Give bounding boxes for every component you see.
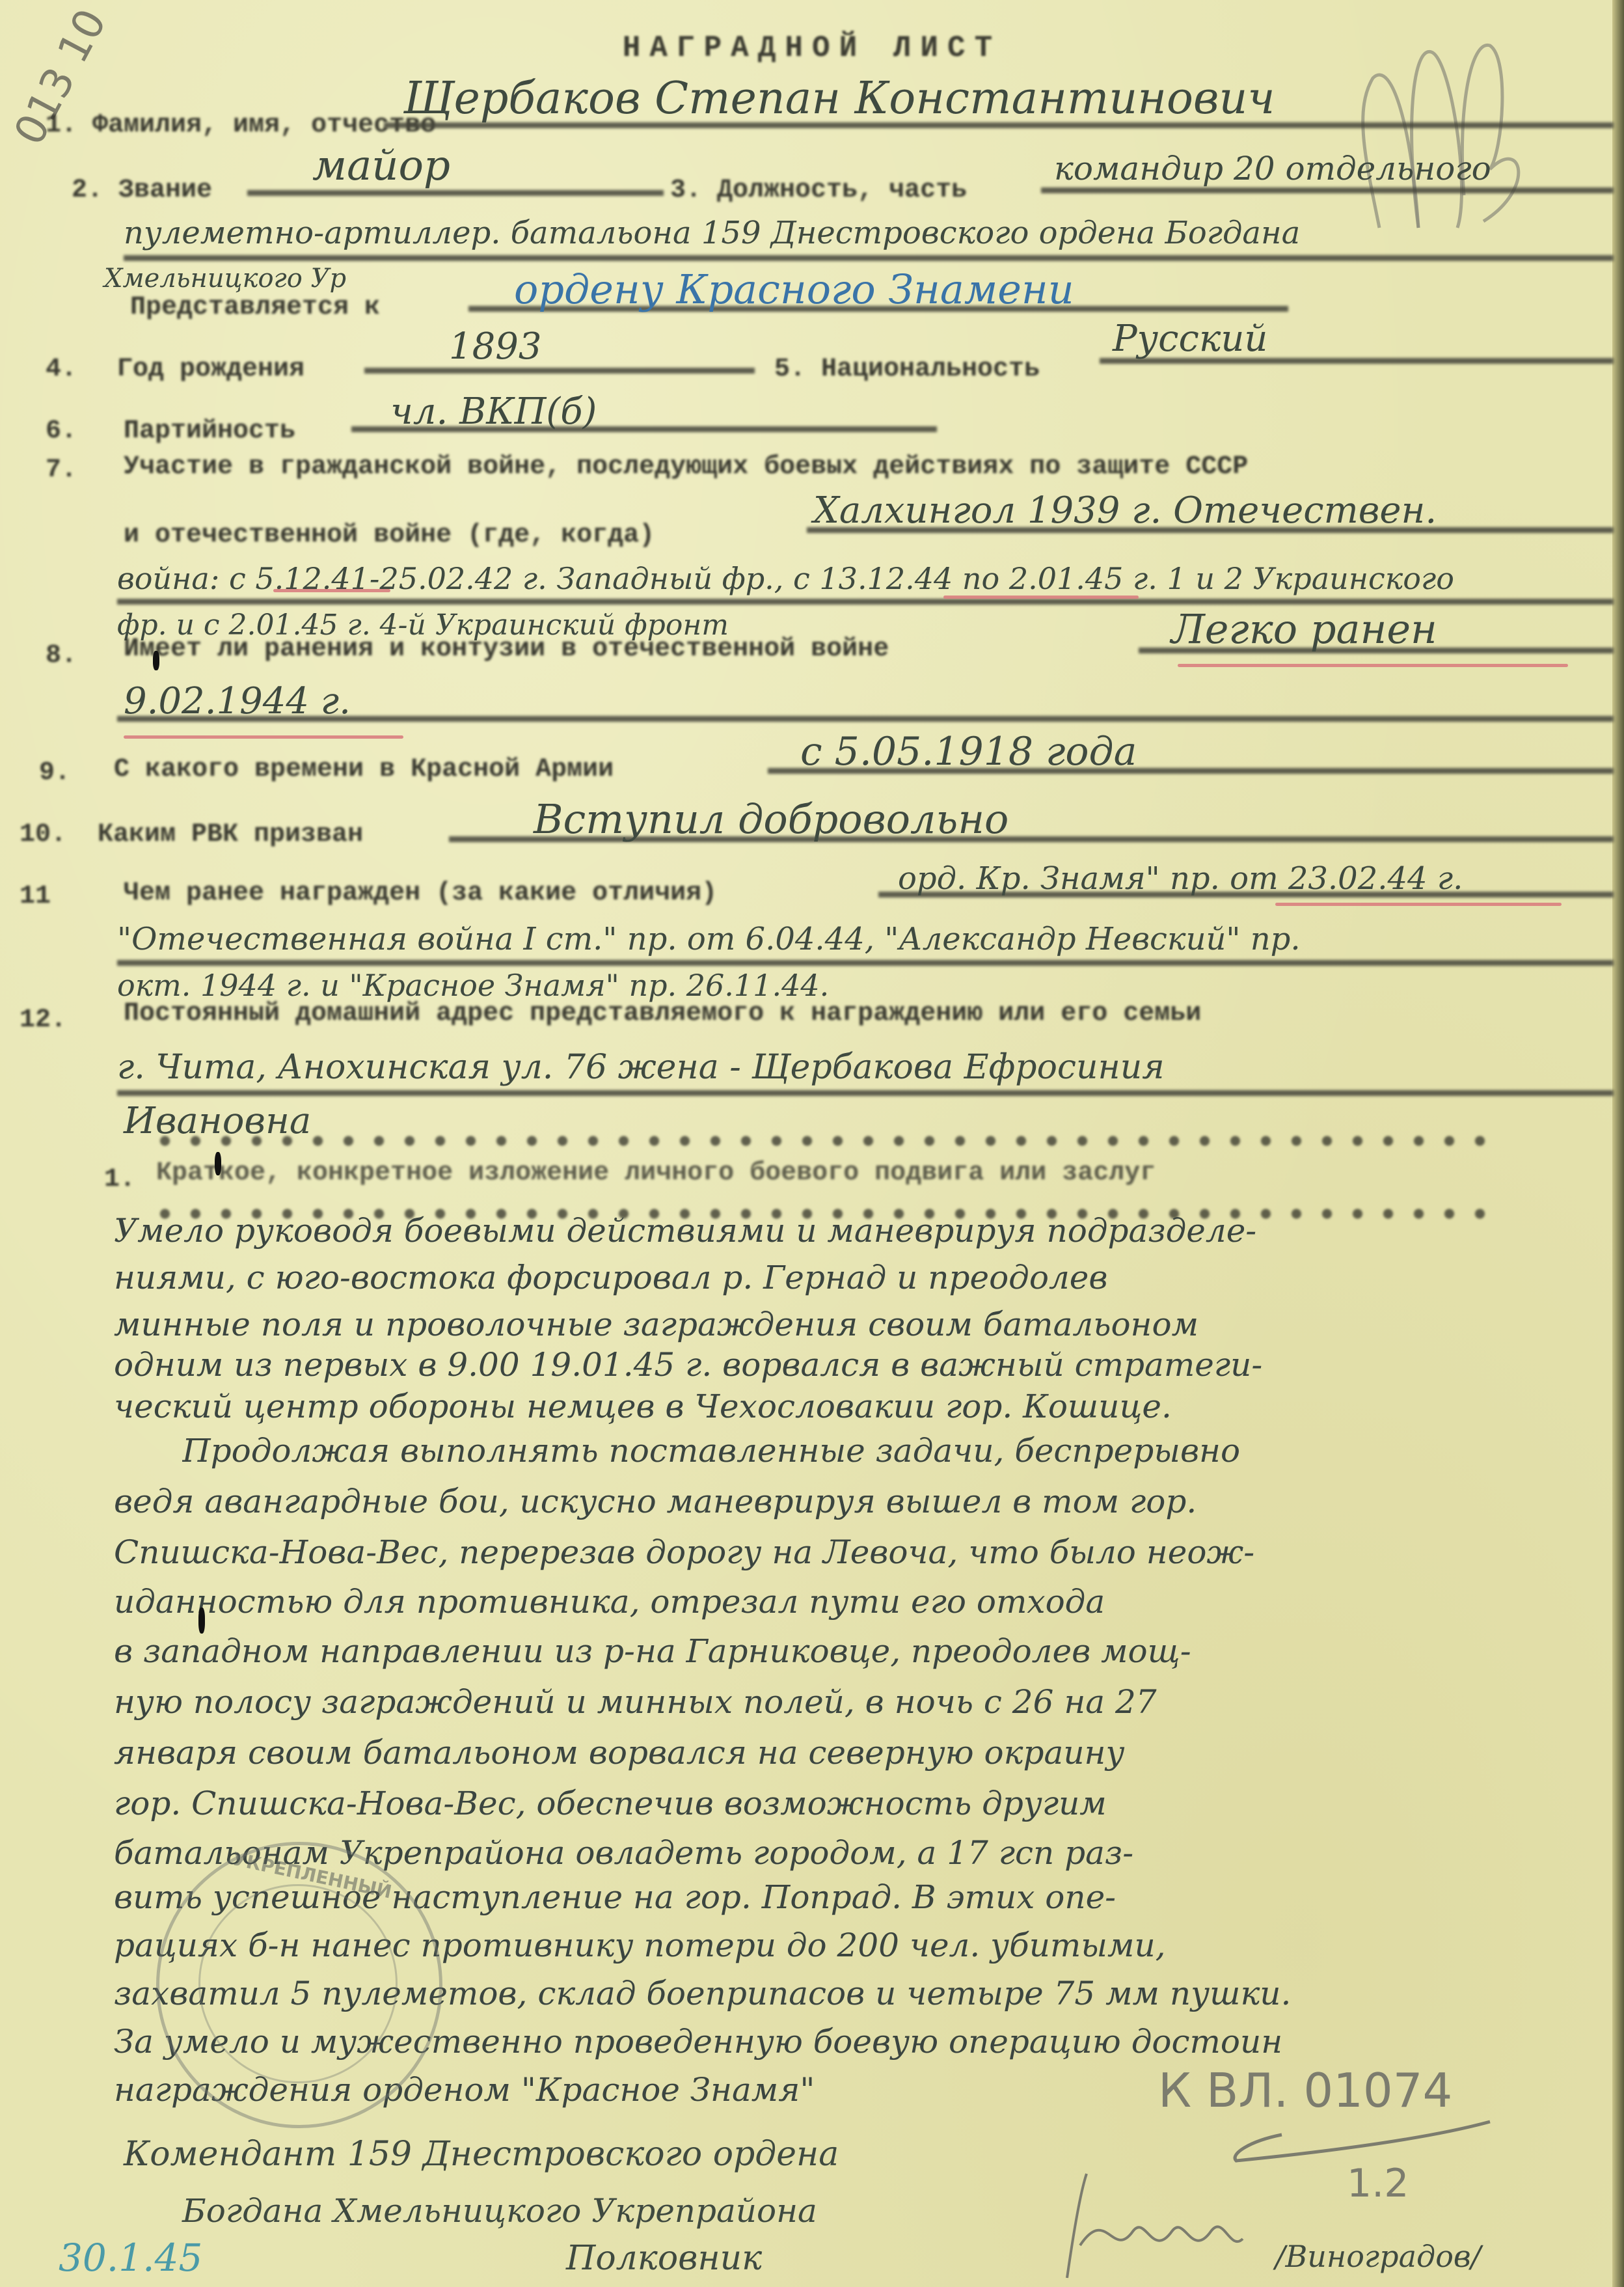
narrative-line: января своим батальоном ворвался на севе… xyxy=(114,1734,1604,1772)
field-wounds-value-2: 9.02.1944 г. xyxy=(124,680,351,722)
field-line xyxy=(124,255,1614,261)
signatory-title-1: Комендант 159 Днестровского ордена xyxy=(124,2135,839,2174)
field-conscription-value: Вступил добровольно xyxy=(534,795,1008,843)
field-number: 1. xyxy=(104,1165,135,1194)
field-nationality-label: 5. Национальность xyxy=(774,355,1040,384)
narrative-line: одним из первых в 9.00 19.01.45 г. ворва… xyxy=(114,1346,1604,1384)
red-pencil-underline xyxy=(1178,664,1568,667)
field-birth-year-label: Год рождения xyxy=(117,355,304,384)
paper-puncture xyxy=(215,1152,221,1175)
field-line xyxy=(117,960,1614,966)
signature-date: 30.1.45 xyxy=(59,2236,202,2280)
field-war-value-1: Халхингол 1939 г. Отечествен. xyxy=(813,489,1437,532)
field-line xyxy=(364,368,755,374)
field-award-label: Представляется к xyxy=(130,293,380,322)
field-party-label: Партийность xyxy=(124,417,295,446)
narrative-line: гор. Спишска-Нова-Вес, обеспечив возможн… xyxy=(114,1785,1604,1822)
scan-edge xyxy=(1612,0,1624,2287)
field-address-label: Постоянный домашний адрес представляемог… xyxy=(124,999,1201,1028)
field-position-value-1: командир 20 отдельного xyxy=(1054,150,1491,187)
handwritten-signature xyxy=(1054,2167,1249,2284)
signatory-name: /Виноградов/ xyxy=(1275,2239,1481,2274)
field-line xyxy=(247,190,664,196)
narrative-line: Продолжая выполнять поставленные задачи,… xyxy=(182,1432,1624,1470)
paper-puncture xyxy=(153,651,159,670)
narrative-line: ную полосу заграждений и минных полей, в… xyxy=(114,1683,1604,1721)
field-line xyxy=(117,1090,1614,1096)
signatory-title-2: Богдана Хмельницкого Укрепрайона xyxy=(182,2192,817,2230)
narrative-line: минные поля и проволочные заграждения св… xyxy=(114,1306,1604,1343)
field-name-label: 1. Фамилия, имя, отчество xyxy=(46,111,436,140)
field-number: 10. xyxy=(20,820,66,849)
field-number: 4. xyxy=(46,355,77,384)
field-army-since-label: С какого времени в Красной Армии xyxy=(114,755,614,784)
field-position-label: 3. Должность, часть xyxy=(670,176,967,205)
field-conscription-label: Каким РВК призван xyxy=(98,820,363,849)
narrative-line: иданностью для противника, отрезал пути … xyxy=(114,1583,1604,1621)
field-position-value-2: пулеметно-артиллер. батальона 159 Днестр… xyxy=(124,215,1300,251)
narrative-line: ниями, с юго-востока форсировал р. Герна… xyxy=(114,1259,1604,1296)
pencil-scribble-mark xyxy=(1340,33,1536,241)
field-prior-awards-value-1: орд. Кр. Знамя" пр. от 23.02.44 г. xyxy=(898,860,1463,897)
field-line xyxy=(1041,187,1614,193)
narrative-line: Спишска-Нова-Вес, перерезав дорогу на Ле… xyxy=(114,1533,1604,1571)
dotted-separator xyxy=(150,1131,1490,1151)
field-wounds-value-1: Легко ранен xyxy=(1171,605,1437,653)
narrative-line: Умело руководя боевыми действиями и мане… xyxy=(114,1212,1604,1250)
field-position-value-3: Хмельницкого Ур xyxy=(104,264,346,294)
field-number: 8. xyxy=(46,641,77,670)
field-number: 9. xyxy=(39,758,70,787)
signatory-rank: Полковник xyxy=(566,2239,762,2278)
pencil-reference-number: К ВЛ. 01074 xyxy=(1158,2063,1452,2118)
field-address-value-1: г. Чита, Анохинская ул. 76 жена - Щербак… xyxy=(117,1048,1165,1087)
field-number: 7. xyxy=(46,456,77,485)
field-war-participation-label-1: Участие в гражданской войне, последующих… xyxy=(124,452,1248,482)
field-war-participation-label-2: и отечественной войне (где, когда) xyxy=(124,521,655,550)
field-nationality-value: Русский xyxy=(1113,318,1267,360)
field-birth-year-value: 1893 xyxy=(449,325,542,368)
field-prior-awards-value-3: окт. 1944 г. и "Красное Знамя" пр. 26.11… xyxy=(117,968,829,1003)
field-prior-awards-label: Чем ранее награжден (за какие отличия) xyxy=(124,879,717,908)
narrative-line: ведя авангардные бои, искусно маневрируя… xyxy=(114,1483,1604,1520)
field-number: 6. xyxy=(46,417,77,446)
field-rank-value: майор xyxy=(312,142,450,190)
red-pencil-underline xyxy=(1275,903,1562,906)
field-number: 12. xyxy=(20,1006,66,1035)
official-seal-stamp: УКРЕПЛЕННЫЙ xyxy=(156,1842,442,2128)
field-rank-label: 2. Звание xyxy=(72,176,212,205)
field-line xyxy=(117,599,1614,605)
red-pencil-underline xyxy=(943,596,1139,599)
paper-puncture xyxy=(198,1608,205,1634)
field-award-value: ордену Красного Знамени xyxy=(514,266,1074,313)
field-prior-awards-value-2: "Отечественная война I ст." пр. от 6.04.… xyxy=(117,921,1301,957)
red-pencil-underline xyxy=(124,735,403,739)
narrative-line: в западном направлении из р-на Гарниковц… xyxy=(114,1632,1604,1670)
field-party-value: чл. ВКП(б) xyxy=(390,390,597,433)
pencil-fraction-note: 1.2 xyxy=(1347,2161,1409,2206)
field-wounds-label: Имеет ли ранения и контузии в отечествен… xyxy=(124,635,889,664)
narrative-line: ческий центр обороны немцев в Чехословак… xyxy=(114,1388,1604,1425)
field-name-value: Щербаков Степан Константинович xyxy=(403,73,1275,124)
award-sheet: 013 10 НАГРАДНОЙ ЛИСТ 1. Фамилия, имя, о… xyxy=(0,0,1624,2287)
field-army-since-value: с 5.05.1918 года xyxy=(800,729,1137,774)
field-number: 11 xyxy=(20,882,51,911)
pencil-underline-stroke xyxy=(1223,2115,1496,2167)
red-pencil-underline xyxy=(273,589,390,592)
field-feat-label: Краткое, конкретное изложение личного бо… xyxy=(156,1158,1156,1188)
